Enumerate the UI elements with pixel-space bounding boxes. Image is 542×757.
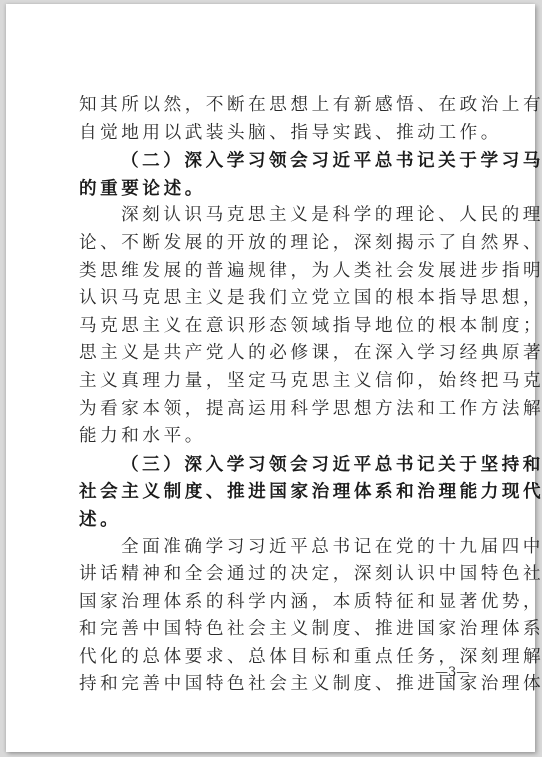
paragraph-line: 主义真理力量，坚定马克思主义信仰，始终把马克思主义哲学作 <box>79 368 469 396</box>
section-heading-3: （三）深入学习领会习近平总书记关于坚持和完善中国特色 <box>79 451 469 479</box>
paragraph-line: 代化的总体要求、总体目标和重点任务，深刻理解党的领导是坚 <box>79 644 469 672</box>
paragraph-line: 论、不断发展的开放的理论，深刻揭示了自然界、人类社会、人 <box>79 230 469 258</box>
section-heading-3-cont: 述。 <box>79 506 469 534</box>
section-heading-3-cont: 社会主义制度、推进国家治理体系和治理能力现代化的重要论 <box>79 478 469 506</box>
paragraph-line: 类思维发展的普遍规律，为人类社会发展进步指明了方向；深刻 <box>79 258 469 286</box>
paragraph-line: 马克思主义在意识形态领域指导地位的根本制度；深刻认识马克 <box>79 313 469 341</box>
section-heading-2: （二）深入学习领会习近平总书记关于学习马克思主义经典 <box>79 147 469 175</box>
document-page: 知其所以然，不断在思想上有新感悟、在政治上有新升华，更加 自觉地用以武装头脑、指… <box>6 4 535 752</box>
paragraph-line: 和完善中国特色社会主义制度、推进国家治理体系和治理能力现 <box>79 616 469 644</box>
paragraph-line: 为看家本领，提高运用科学思想方法和工作方法解决实际问题的 <box>79 396 469 424</box>
paragraph-line: 国家治理体系的科学内涵，本质特征和显著优势，深刻把握坚持 <box>79 589 469 617</box>
paragraph-line: 能力和水平。 <box>79 423 469 451</box>
paragraph-line: 全面准确学习习近平总书记在党的十九届四中全会上的重要 <box>79 534 469 562</box>
section-heading-2-cont: 的重要论述。 <box>79 175 469 203</box>
paragraph-line: 讲话精神和全会通过的决定，深刻认识中国特色社会主义制度和 <box>79 561 469 589</box>
paragraph-line: 认识马克思主义是我们立党立国的根本指导思想，必须始终坚持 <box>79 285 469 313</box>
page-number: —3— <box>435 665 469 680</box>
paragraph-line: 持和完善中国特色社会主义制度、推进国家治理体系和治理能力 <box>79 671 469 699</box>
body-text: 知其所以然，不断在思想上有新感悟、在政治上有新升华，更加 自觉地用以武装头脑、指… <box>79 92 469 699</box>
paragraph-line: 深刻认识马克思主义是科学的理论、人民的理论、实践的理 <box>79 202 469 230</box>
paragraph-line: 自觉地用以武装头脑、指导实践、推动工作。 <box>79 120 469 148</box>
paragraph-line: 知其所以然，不断在思想上有新感悟、在政治上有新升华，更加 <box>79 92 469 120</box>
paragraph-line: 思主义是共产党人的必修课，在深入学习经典原著中体悟马克思 <box>79 340 469 368</box>
